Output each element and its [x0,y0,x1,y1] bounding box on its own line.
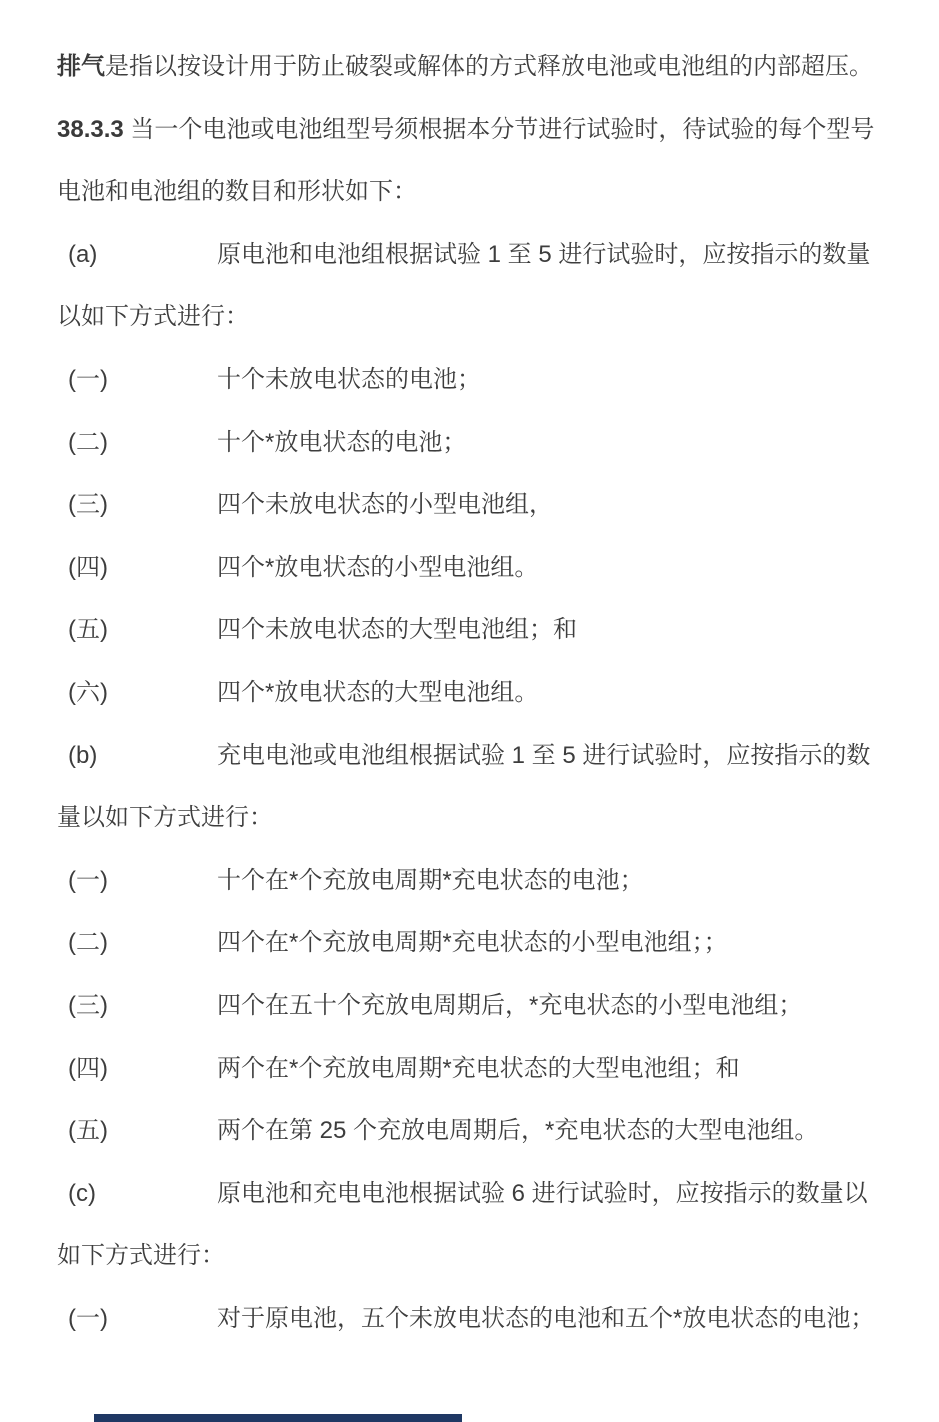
line-text: 如下方式进行： [57,1225,225,1288]
list-marker: (c) [68,1163,96,1226]
list-item-b-3: (三) 四个在五十个充放电周期后，*充电状态的小型电池组； [0,975,939,1038]
list-marker: (四) [68,1038,108,1101]
list-item-b-4: (四) 两个在*个充放电周期*充电状态的大型电池组；和 [0,1038,939,1101]
line-text: 四个未放电状态的小型电池组， [217,474,553,537]
line-text: 对于原电池，五个未放电状态的电池和五个*放电状态的电池； [217,1288,874,1351]
list-marker: (一) [68,1288,108,1351]
list-marker: (五) [68,599,108,662]
line-text: 两个在*个充放电周期*充电状态的大型电池组；和 [217,1038,740,1101]
paragraph-section-38-3-3: 38.3.3 当一个电池或电池组型号须根据本分节进行试验时，待试验的每个型号 [0,99,939,162]
paragraph-continuation: 电池和电池组的数目和形状如下： [0,161,939,224]
list-marker: (六) [68,662,108,725]
list-marker: (二) [68,412,108,475]
document-body: 排气是指以按设计用于防止破裂或解体的方式释放电池或电池组的内部超压。 38.3.… [0,36,939,1350]
line-text: 四个*放电状态的小型电池组。 [217,537,538,600]
list-item-a-4: (四) 四个*放电状态的小型电池组。 [0,537,939,600]
list-marker: (四) [68,537,108,600]
line-text: 两个在第 25 个充放电周期后，*充电状态的大型电池组。 [217,1100,818,1163]
list-item-a-5: (五) 四个未放电状态的大型电池组；和 [0,599,939,662]
line-text: 四个在五十个充放电周期后，*充电状态的小型电池组； [217,975,802,1038]
list-item-a-1: (一) 十个未放电状态的电池； [0,349,939,412]
paragraph-venting-definition: 排气是指以按设计用于防止破裂或解体的方式释放电池或电池组的内部超压。 [0,36,939,99]
list-item-c: (c) 原电池和充电电池根据试验 6 进行试验时，应按指示的数量以 [0,1163,939,1226]
line-text: 四个在*个充放电周期*充电状态的小型电池组；； [217,912,728,975]
line-text: 四个*放电状态的大型电池组。 [217,662,538,725]
paragraph-continuation: 量以如下方式进行： [0,787,939,850]
list-item-b: (b) 充电电池或电池组根据试验 1 至 5 进行试验时，应按指示的数 [0,725,939,788]
list-item-a: (a) 原电池和电池组根据试验 1 至 5 进行试验时，应按指示的数量 [0,224,939,287]
list-item-c-1: (一) 对于原电池，五个未放电状态的电池和五个*放电状态的电池； [0,1288,939,1351]
list-item-a-3: (三) 四个未放电状态的小型电池组， [0,474,939,537]
line-text: 十个*放电状态的电池； [217,412,466,475]
document-page: 排气是指以按设计用于防止破裂或解体的方式释放电池或电池组的内部超压。 38.3.… [0,0,939,1422]
list-marker: (b) [68,725,97,788]
line-text: 以如下方式进行： [57,286,249,349]
list-item-b-1: (一) 十个在*个充放电周期*充电状态的电池； [0,850,939,913]
line-text: 十个在*个充放电周期*充电状态的电池； [217,850,644,913]
line-text: 电池和电池组的数目和形状如下： [57,161,417,224]
line-text: 量以如下方式进行： [57,787,273,850]
paragraph-continuation: 以如下方式进行： [0,286,939,349]
list-marker: (三) [68,975,108,1038]
line-text: 四个未放电状态的大型电池组；和 [217,599,577,662]
list-item-a-2: (二) 十个*放电状态的电池； [0,412,939,475]
line-text: 充电电池或电池组根据试验 1 至 5 进行试验时，应按指示的数 [217,725,870,788]
list-marker: (三) [68,474,108,537]
line-text: 原电池和电池组根据试验 1 至 5 进行试验时，应按指示的数量 [217,224,870,287]
paragraph-continuation: 如下方式进行： [0,1225,939,1288]
list-marker: (一) [68,850,108,913]
section-number: 38.3.3 [57,116,124,143]
list-marker: (二) [68,912,108,975]
list-item-b-2: (二) 四个在*个充放电周期*充电状态的小型电池组；； [0,912,939,975]
list-marker: (a) [68,224,97,287]
list-item-b-5: (五) 两个在第 25 个充放电周期后，*充电状态的大型电池组。 [0,1100,939,1163]
list-marker: (五) [68,1100,108,1163]
line-text: 十个未放电状态的电池； [217,349,481,412]
table-header-top-edge [94,1414,462,1422]
line-text: 38.3.3 当一个电池或电池组型号须根据本分节进行试验时，待试验的每个型号 [57,99,874,162]
line-text: 原电池和充电电池根据试验 6 进行试验时，应按指示的数量以 [217,1163,868,1226]
line-text: 排气是指以按设计用于防止破裂或解体的方式释放电池或电池组的内部超压。 [57,36,873,99]
list-item-a-6: (六) 四个*放电状态的大型电池组。 [0,662,939,725]
list-marker: (一) [68,349,108,412]
term-venting: 排气 [57,53,105,80]
